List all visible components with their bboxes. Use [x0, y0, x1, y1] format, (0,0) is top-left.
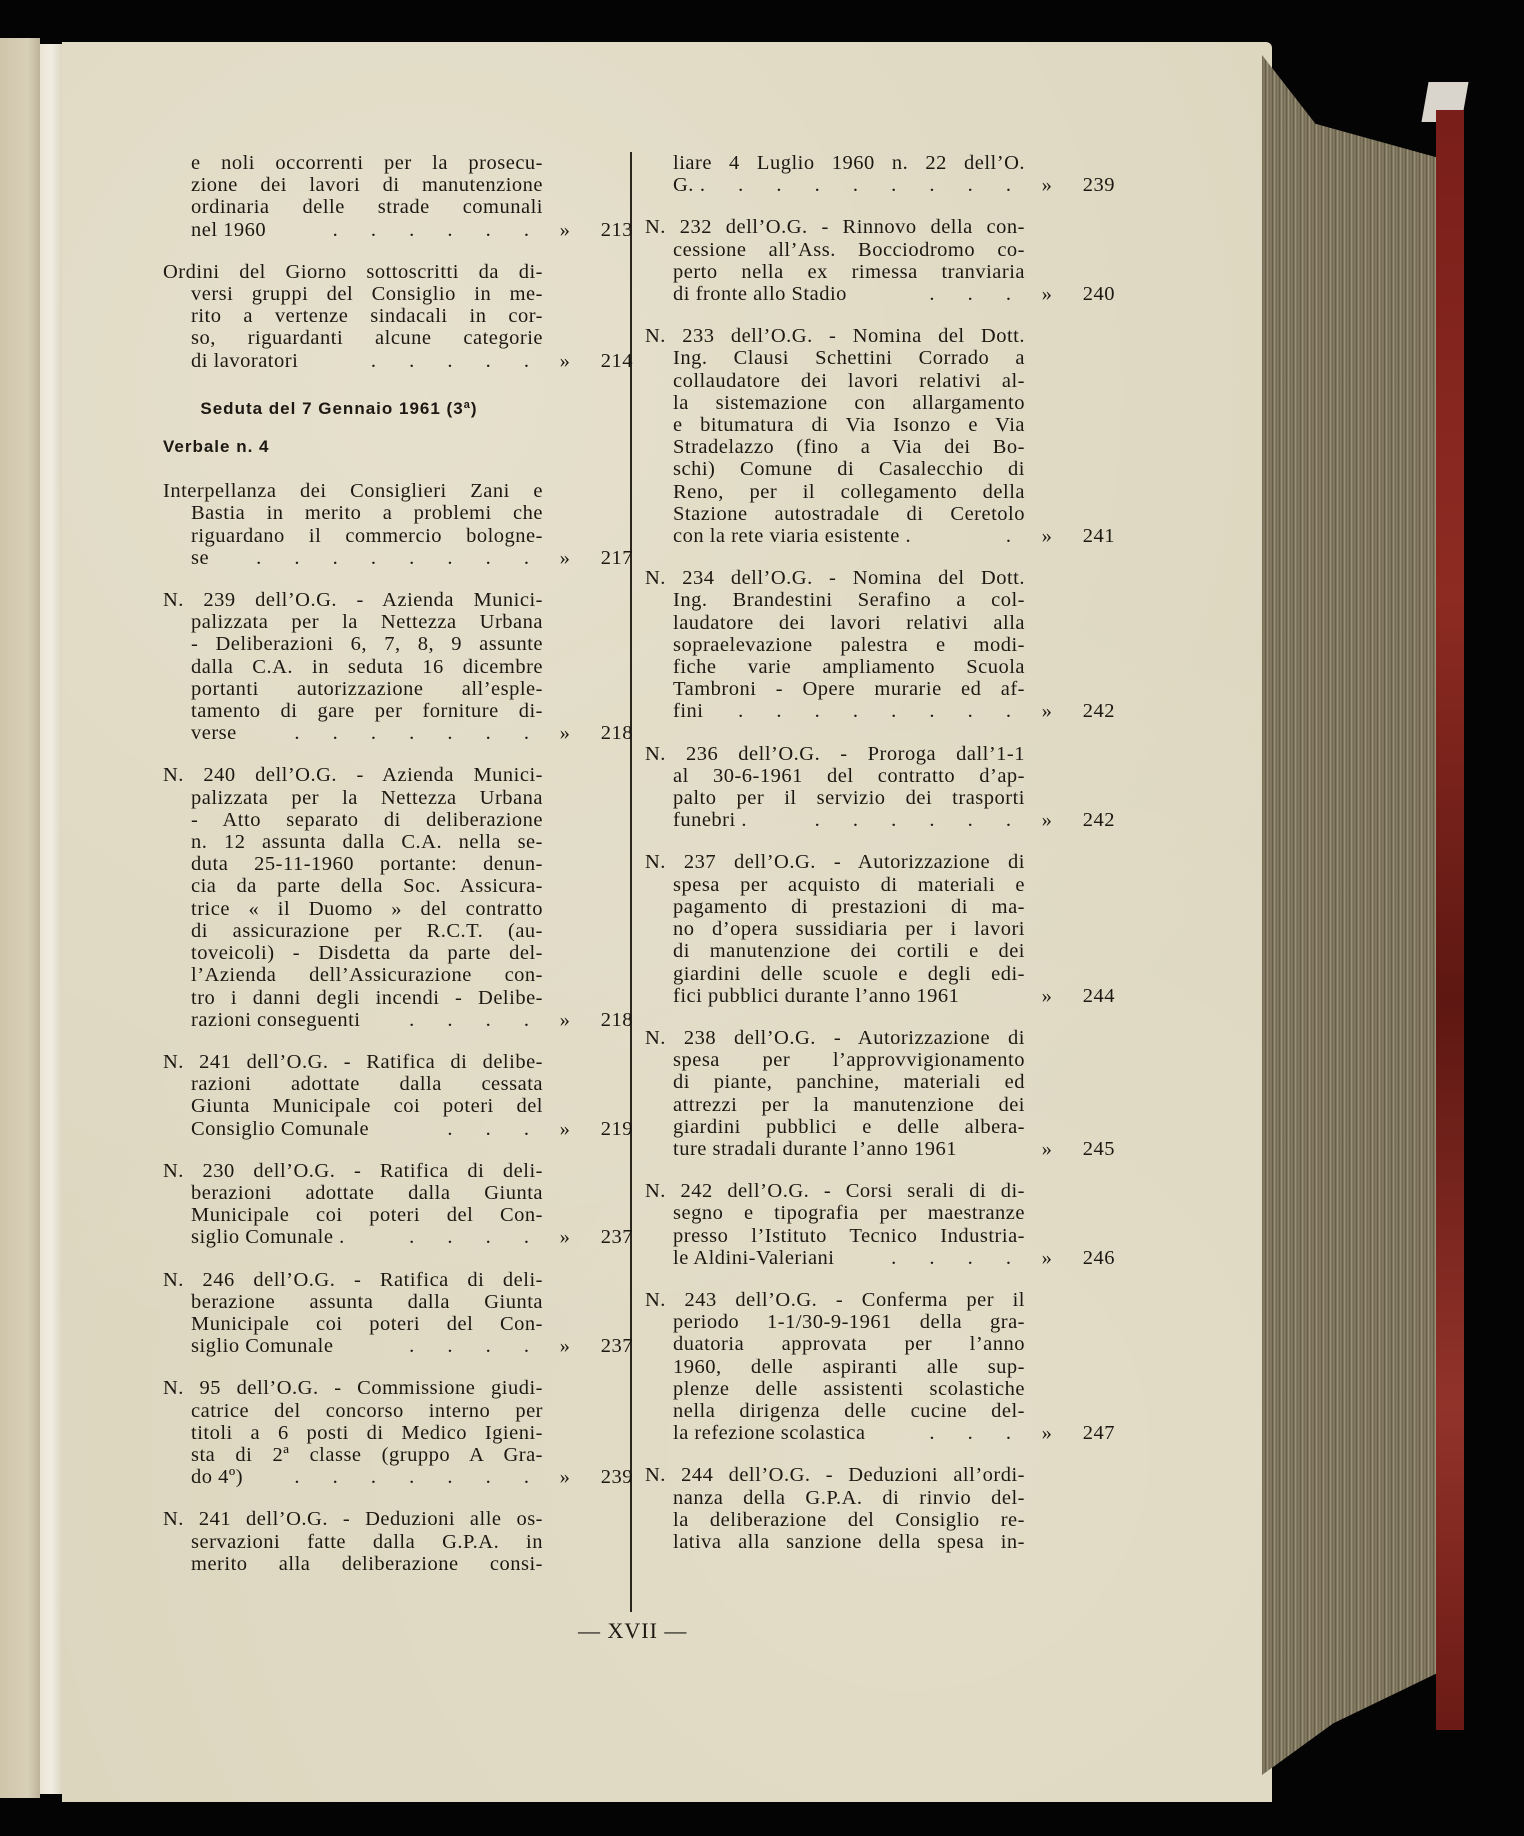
- entry-text-line: palizzata per la Nettezza Urbana: [163, 611, 543, 633]
- entry-text-line: N. 232 dell’O.G. - Rinnovo della con-: [645, 216, 1025, 238]
- page-reference: 247: [1065, 1422, 1115, 1444]
- index-entry: N. 238 dell’O.G. - Autorizzazione dispes…: [645, 1027, 1115, 1160]
- entry-text-line: N. 241 dell’O.G. - Ratifica di delibe-: [163, 1051, 543, 1073]
- entry-text-line: portanti autorizzazione all’esple-: [163, 678, 543, 700]
- entry-text-line: zione dei lavori di manutenzione: [163, 174, 543, 196]
- dot-leader: . . . . . . . .: [703, 700, 1029, 722]
- entry-text-line: pagamento di prestazioni di ma-: [645, 896, 1025, 918]
- index-entry: N. 239 dell’O.G. - Azienda Munici-palizz…: [163, 589, 633, 744]
- entry-text-line: - Deliberazioni 6, 7, 8, 9 assunte: [163, 633, 543, 655]
- entry-text-line: schi) Comune di Casalecchio di: [645, 458, 1025, 480]
- ditto-mark: »: [1029, 283, 1065, 305]
- entry-text-line: Giunta Municipale coi poteri del: [163, 1095, 543, 1117]
- entry-leader-row: ture stradali durante l’anno 1961»245: [645, 1138, 1115, 1160]
- entry-text-line: la deliberazione del Consiglio re-: [645, 1509, 1025, 1531]
- entry-last-line: fini: [645, 700, 703, 722]
- entry-text-line: duatoria approvata per l’anno: [645, 1333, 1025, 1355]
- entry-text-line: laudatore dei lavori relativi alla: [645, 612, 1025, 634]
- page-reference: 242: [1065, 809, 1115, 831]
- entry-text-line: berazioni adottate dalla Giunta: [163, 1182, 543, 1204]
- ditto-mark: »: [1029, 1138, 1065, 1160]
- entry-text-line: dalla C.A. in seduta 16 dicembre: [163, 656, 543, 678]
- entry-text-line: N. 234 dell’O.G. - Nomina del Dott.: [645, 567, 1025, 589]
- entry-last-line: siglio Comunale .: [163, 1226, 345, 1248]
- right-column: liare 4 Luglio 1960 n. 22 dell’O.G.. . .…: [645, 152, 1115, 1573]
- entry-text-line: N. 233 dell’O.G. - Nomina del Dott.: [645, 325, 1025, 347]
- index-entry: N. 230 dell’O.G. - Ratifica di deli-bera…: [163, 1160, 633, 1249]
- entry-text-line: N. 244 dell’O.G. - Deduzioni all’ordi-: [645, 1464, 1025, 1486]
- entry-text-line: catrice del concorso interno per: [163, 1400, 543, 1422]
- entry-text-line: merito alla deliberazione consi-: [163, 1553, 543, 1575]
- marbled-cover: [1436, 110, 1464, 1730]
- entry-text-line: berazione assunta dalla Giunta: [163, 1291, 543, 1313]
- dot-leader: . . . . . .: [747, 809, 1029, 831]
- page-reference: 239: [583, 1466, 633, 1488]
- entry-text-line: l’Azienda dell’Assicurazione con-: [163, 964, 543, 986]
- entry-text-line: di piante, panchine, materiali ed: [645, 1071, 1025, 1093]
- ditto-mark: »: [547, 1466, 583, 1488]
- dot-leader: . . . .: [360, 1009, 547, 1031]
- dot-leader: . . . . . . . . .: [694, 174, 1029, 196]
- dot-leader: . . . .: [333, 1335, 547, 1357]
- entry-text-line: liare 4 Luglio 1960 n. 22 dell’O.: [645, 152, 1025, 174]
- entry-leader-row: razioni conseguenti. . . .»218: [163, 1009, 633, 1031]
- index-entry: N. 237 dell’O.G. - Autorizzazione dispes…: [645, 851, 1115, 1006]
- entry-last-line: G.: [645, 174, 694, 196]
- page-reference: 213: [583, 219, 633, 241]
- entry-last-line: nel 1960: [163, 219, 266, 241]
- page-reference: 242: [1065, 700, 1115, 722]
- dot-leader: [959, 985, 1029, 1007]
- entry-text-line: nanza della G.P.A. di rinvio del-: [645, 1487, 1025, 1509]
- entry-leader-row: nel 1960. . . . . .»213: [163, 219, 633, 241]
- book-gutter: [40, 44, 62, 1794]
- index-entry: N. 233 dell’O.G. - Nomina del Dott.Ing. …: [645, 325, 1115, 547]
- entry-text-line: Bastia in merito a problemi che: [163, 502, 543, 524]
- entry-text-line: tro i danni degli incendi - Delibe-: [163, 987, 543, 1009]
- index-entry: Ordini del Giorno sottoscritti da di-ver…: [163, 261, 633, 372]
- entry-text-line: palizzata per la Nettezza Urbana: [163, 787, 543, 809]
- entry-leader-row: siglio Comunale .. . . .»237: [163, 1226, 633, 1248]
- dot-leader: . . . .: [345, 1226, 547, 1248]
- entry-text-line: Ing. Brandestini Serafino a col-: [645, 589, 1025, 611]
- ditto-mark: »: [547, 1009, 583, 1031]
- entry-leader-row: do 4º). . . . . . .»239: [163, 1466, 633, 1488]
- entry-last-line: siglio Comunale: [163, 1335, 333, 1357]
- page-reference: 217: [583, 547, 633, 569]
- entry-last-line: le Aldini-Valeriani: [645, 1247, 835, 1269]
- entry-text-line: presso l’Istituto Tecnico Industria-: [645, 1225, 1025, 1247]
- index-entry: N. 244 dell’O.G. - Deduzioni all’ordi-na…: [645, 1464, 1115, 1553]
- entry-last-line: ture stradali durante l’anno 1961: [645, 1138, 957, 1160]
- entry-text-line: di manutenzione dei cortili e dei: [645, 940, 1025, 962]
- left-column: e noli occorrenti per la prosecu-zione d…: [163, 152, 633, 1595]
- dot-leader: . . .: [865, 1422, 1029, 1444]
- entry-text-line: Municipale coi poteri del Con-: [163, 1204, 543, 1226]
- entry-text-line: N. 239 dell’O.G. - Azienda Munici-: [163, 589, 543, 611]
- previous-page-edge: [0, 38, 40, 1798]
- entry-text-line: perto nella ex rimessa tranviaria: [645, 261, 1025, 283]
- entry-text-line: N. 240 dell’O.G. - Azienda Munici-: [163, 764, 543, 786]
- entry-text-line: attrezzi per la manutenzione dei: [645, 1094, 1025, 1116]
- entry-leader-row: la refezione scolastica. . .»247: [645, 1422, 1115, 1444]
- ditto-mark: »: [547, 1335, 583, 1357]
- entry-last-line: funebri .: [645, 809, 747, 831]
- entry-text-line: N. 246 dell’O.G. - Ratifica di deli-: [163, 1269, 543, 1291]
- entry-text-line: N. 241 dell’O.G. - Deduzioni alle os-: [163, 1508, 543, 1530]
- verbale-label: Verbale n. 4: [163, 436, 633, 458]
- entry-text-line: Ordini del Giorno sottoscritti da di-: [163, 261, 543, 283]
- ditto-mark: »: [547, 722, 583, 744]
- entry-leader-row: Consiglio Comunale. . .»219: [163, 1118, 633, 1140]
- entry-text-line: n. 12 assunta dalla C.A. nella se-: [163, 831, 543, 853]
- entry-text-line: plenze delle assistenti scolastiche: [645, 1378, 1025, 1400]
- entry-text-line: N. 237 dell’O.G. - Autorizzazione di: [645, 851, 1025, 873]
- dot-leader: . . . . . . . .: [209, 547, 547, 569]
- entry-text-line: e noli occorrenti per la prosecu-: [163, 152, 543, 174]
- index-entry: N. 240 dell’O.G. - Azienda Munici-palizz…: [163, 764, 633, 1030]
- entry-text-line: N. 243 dell’O.G. - Conferma per il: [645, 1289, 1025, 1311]
- entry-text-line: trice « il Duomo » del contratto: [163, 898, 543, 920]
- page-reference: 237: [583, 1226, 633, 1248]
- page-reference: 241: [1065, 525, 1115, 547]
- index-entry: N. 236 dell’O.G. - Proroga dall’1-1al 30…: [645, 743, 1115, 832]
- entry-text-line: spesa per acquisto di materiali e: [645, 874, 1025, 896]
- entry-text-line: N. 236 dell’O.G. - Proroga dall’1-1: [645, 743, 1025, 765]
- entry-text-line: la sistemazione con allargamento: [645, 392, 1025, 414]
- entry-last-line: se: [163, 547, 209, 569]
- page-reference: 218: [583, 1009, 633, 1031]
- entry-text-line: Ing. Clausi Schettini Corrado a: [645, 347, 1025, 369]
- page-reference: 240: [1065, 283, 1115, 305]
- entry-text-line: cia da parte della Soc. Assicura-: [163, 875, 543, 897]
- index-entry: Interpellanza dei Consiglieri Zani eBast…: [163, 480, 633, 569]
- index-entry: e noli occorrenti per la prosecu-zione d…: [163, 152, 633, 241]
- page-folio: — XVII —: [578, 1618, 687, 1644]
- entry-text-line: collaudatore dei lavori relativi al-: [645, 370, 1025, 392]
- entry-text-line: versi gruppi del Consiglio in me-: [163, 283, 543, 305]
- entry-text-line: riguardano il commercio bologne-: [163, 525, 543, 547]
- entry-text-line: - Atto separato di deliberazione: [163, 809, 543, 831]
- dot-leader: . . . . .: [298, 350, 547, 372]
- ditto-mark: »: [1029, 985, 1065, 1007]
- dot-leader: [957, 1138, 1029, 1160]
- page-reference: 244: [1065, 985, 1115, 1007]
- ditto-mark: »: [1029, 174, 1065, 196]
- entry-leader-row: se. . . . . . . .»217: [163, 547, 633, 569]
- entry-text-line: giardini delle scuole e degli edi-: [645, 963, 1025, 985]
- page-reference: 218: [583, 722, 633, 744]
- page-reference: 219: [583, 1118, 633, 1140]
- page-reference: 245: [1065, 1138, 1115, 1160]
- ditto-mark: »: [547, 350, 583, 372]
- entry-text-line: N. 238 dell’O.G. - Autorizzazione di: [645, 1027, 1025, 1049]
- entry-leader-row: funebri .. . . . . .»242: [645, 809, 1115, 831]
- entry-last-line: do 4º): [163, 1466, 243, 1488]
- entry-text-line: Municipale coi poteri del Con-: [163, 1313, 543, 1335]
- page-reference: 246: [1065, 1247, 1115, 1269]
- entry-text-line: e bitumatura di Via Isonzo e Via: [645, 414, 1025, 436]
- entry-text-line: Stradelazzo (fino a Via dei Bo-: [645, 436, 1025, 458]
- ditto-mark: »: [1029, 700, 1065, 722]
- entry-text-line: periodo 1-1/30-9-1961 della gra-: [645, 1311, 1025, 1333]
- page-reference: 237: [583, 1335, 633, 1357]
- index-entry: N. 234 dell’O.G. - Nomina del Dott.Ing. …: [645, 567, 1115, 722]
- entry-leader-row: fici pubblici durante l’anno 1961»244: [645, 985, 1115, 1007]
- page-reference: 239: [1065, 174, 1115, 196]
- index-entry: N. 95 dell’O.G. - Commissione giudi-catr…: [163, 1377, 633, 1488]
- entry-text-line: so, riguardanti alcune categorie: [163, 327, 543, 349]
- ditto-mark: »: [547, 547, 583, 569]
- entry-last-line: con la rete viaria esistente .: [645, 525, 911, 547]
- entry-leader-row: con la rete viaria esistente ..»241: [645, 525, 1115, 547]
- ditto-mark: »: [1029, 1247, 1065, 1269]
- entry-text-line: duta 25-11-1960 portante: denun-: [163, 853, 543, 875]
- entry-text-line: rito a vertenze sindacali in cor-: [163, 305, 543, 327]
- entry-text-line: fiche varie ampliamento Scuola: [645, 656, 1025, 678]
- entry-text-line: Interpellanza dei Consiglieri Zani e: [163, 480, 543, 502]
- entry-last-line: di fronte allo Stadio: [645, 283, 847, 305]
- dot-leader: . . . . . . .: [237, 722, 547, 744]
- entry-text-line: N. 230 dell’O.G. - Ratifica di deli-: [163, 1160, 543, 1182]
- entry-text-line: cessione all’Ass. Bocciodromo co-: [645, 239, 1025, 261]
- entry-last-line: Consiglio Comunale: [163, 1118, 369, 1140]
- dot-leader: . . .: [369, 1118, 547, 1140]
- ditto-mark: »: [547, 1226, 583, 1248]
- entry-text-line: segno e tipografia per maestranze: [645, 1202, 1025, 1224]
- index-entry: N. 241 dell’O.G. - Ratifica di delibe-ra…: [163, 1051, 633, 1140]
- dot-leader: . . . . . .: [266, 219, 547, 241]
- entry-text-line: no d’opera sussidiaria per i lavori: [645, 918, 1025, 940]
- entry-text-line: N. 95 dell’O.G. - Commissione giudi-: [163, 1377, 543, 1399]
- index-entry: liare 4 Luglio 1960 n. 22 dell’O.G.. . .…: [645, 152, 1115, 196]
- entry-last-line: razioni conseguenti: [163, 1009, 360, 1031]
- entry-last-line: verse: [163, 722, 237, 744]
- dot-leader: . . . .: [835, 1247, 1030, 1269]
- entry-leader-row: siglio Comunale. . . .»237: [163, 1335, 633, 1357]
- session-heading: Seduta del 7 Gennaio 1961 (3ª): [163, 398, 515, 420]
- entry-last-line: fici pubblici durante l’anno 1961: [645, 985, 959, 1007]
- entry-text-line: ordinaria delle strade comunali: [163, 196, 543, 218]
- page-reference: 214: [583, 350, 633, 372]
- entry-leader-row: di fronte allo Stadio. . .»240: [645, 283, 1115, 305]
- ditto-mark: »: [1029, 809, 1065, 831]
- entry-text-line: 1960, delle aspiranti alle sup-: [645, 1356, 1025, 1378]
- entry-text-line: sta di 2ª classe (gruppo A Gra-: [163, 1444, 543, 1466]
- entry-text-line: giardini pubblici e delle albera-: [645, 1116, 1025, 1138]
- entry-leader-row: verse. . . . . . .»218: [163, 722, 633, 744]
- entry-text-line: spesa per l’approvvigionamento: [645, 1049, 1025, 1071]
- entry-leader-row: G.. . . . . . . . .»239: [645, 174, 1115, 196]
- entry-last-line: di lavoratori: [163, 350, 298, 372]
- dot-leader: . . .: [847, 283, 1029, 305]
- dot-leader: .: [911, 525, 1029, 547]
- entry-text-line: Tambroni - Opere murarie ed af-: [645, 678, 1025, 700]
- entry-last-line: la refezione scolastica: [645, 1422, 865, 1444]
- page-stack-edges: [1262, 55, 1440, 1775]
- ditto-mark: »: [1029, 525, 1065, 547]
- entry-text-line: N. 242 dell’O.G. - Corsi serali di di-: [645, 1180, 1025, 1202]
- entry-leader-row: le Aldini-Valeriani. . . .»246: [645, 1247, 1115, 1269]
- entry-text-line: di assicurazione per R.C.T. (au-: [163, 920, 543, 942]
- entry-text-line: al 30-6-1961 del contratto d’ap-: [645, 765, 1025, 787]
- entry-leader-row: di lavoratori. . . . .»214: [163, 350, 633, 372]
- entry-text-line: Reno, per il collegamento della: [645, 481, 1025, 503]
- index-entry: N. 242 dell’O.G. - Corsi serali di di-se…: [645, 1180, 1115, 1269]
- index-entry: N. 243 dell’O.G. - Conferma per ilperiod…: [645, 1289, 1115, 1444]
- entry-leader-row: fini. . . . . . . .»242: [645, 700, 1115, 722]
- entry-text-line: lativa alla sanzione della spesa in-: [645, 1531, 1025, 1553]
- entry-text-line: razioni adottate dalla cessata: [163, 1073, 543, 1095]
- entry-text-line: toveicoli) - Disdetta da parte del-: [163, 942, 543, 964]
- entry-text-line: tamento di gare per forniture di-: [163, 700, 543, 722]
- entry-text-line: Stazione autostradale di Ceretolo: [645, 503, 1025, 525]
- entry-text-line: palto per il servizio dei trasporti: [645, 787, 1025, 809]
- entry-text-line: servazioni fatte dalla G.P.A. in: [163, 1531, 543, 1553]
- entry-text-line: nella dirigenza delle cucine del-: [645, 1400, 1025, 1422]
- entry-text-line: titoli a 6 posti di Medico Igieni-: [163, 1422, 543, 1444]
- dot-leader: . . . . . . .: [243, 1466, 547, 1488]
- ditto-mark: »: [547, 1118, 583, 1140]
- ditto-mark: »: [547, 219, 583, 241]
- index-entry: N. 246 dell’O.G. - Ratifica di deli-bera…: [163, 1269, 633, 1358]
- index-entry: N. 232 dell’O.G. - Rinnovo della con-ces…: [645, 216, 1115, 305]
- index-entry: N. 241 dell’O.G. - Deduzioni alle os-ser…: [163, 1508, 633, 1575]
- ditto-mark: »: [1029, 1422, 1065, 1444]
- entry-text-line: sopraelevazione palestra e modi-: [645, 634, 1025, 656]
